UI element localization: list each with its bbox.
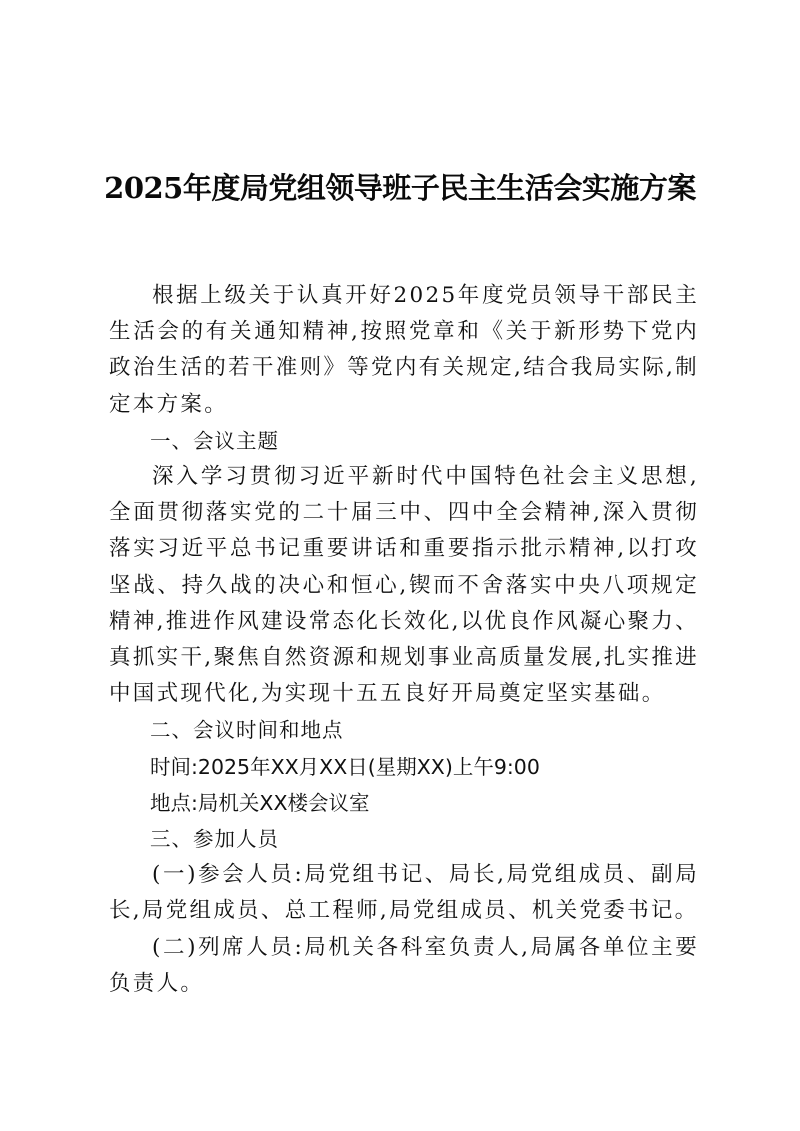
- attendees-observers: (二)列席人员:局机关各科室负责人,局属各单位主要负责人。: [109, 930, 699, 1002]
- meeting-location: 地点:局机关XX楼会议室: [109, 785, 699, 821]
- document-page: 2025年度局党组领导班子民主生活会实施方案 根据上级关于认真开好2025年度党…: [0, 0, 800, 1131]
- attendees-participants: (一)参会人员:局党组书记、局长,局党组成员、副局长,局党组成员、总工程师,局党…: [109, 857, 699, 929]
- section-heading-time-place: 二、会议时间和地点: [109, 712, 699, 748]
- meeting-time: 时间:2025年XX月XX日(星期XX)上午9:00: [109, 749, 699, 785]
- theme-paragraph: 深入学习贯彻习近平新时代中国特色社会主义思想,全面贯彻落实党的二十届三中、四中全…: [109, 459, 699, 712]
- document-body: 根据上级关于认真开好2025年度党员领导干部民主生活会的有关通知精神,按照党章和…: [109, 278, 699, 1002]
- section-heading-theme: 一、会议主题: [109, 423, 699, 459]
- document-title: 2025年度局党组领导班子民主生活会实施方案: [100, 166, 700, 210]
- section-heading-attendees: 三、参加人员: [109, 821, 699, 857]
- intro-paragraph: 根据上级关于认真开好2025年度党员领导干部民主生活会的有关通知精神,按照党章和…: [109, 278, 699, 423]
